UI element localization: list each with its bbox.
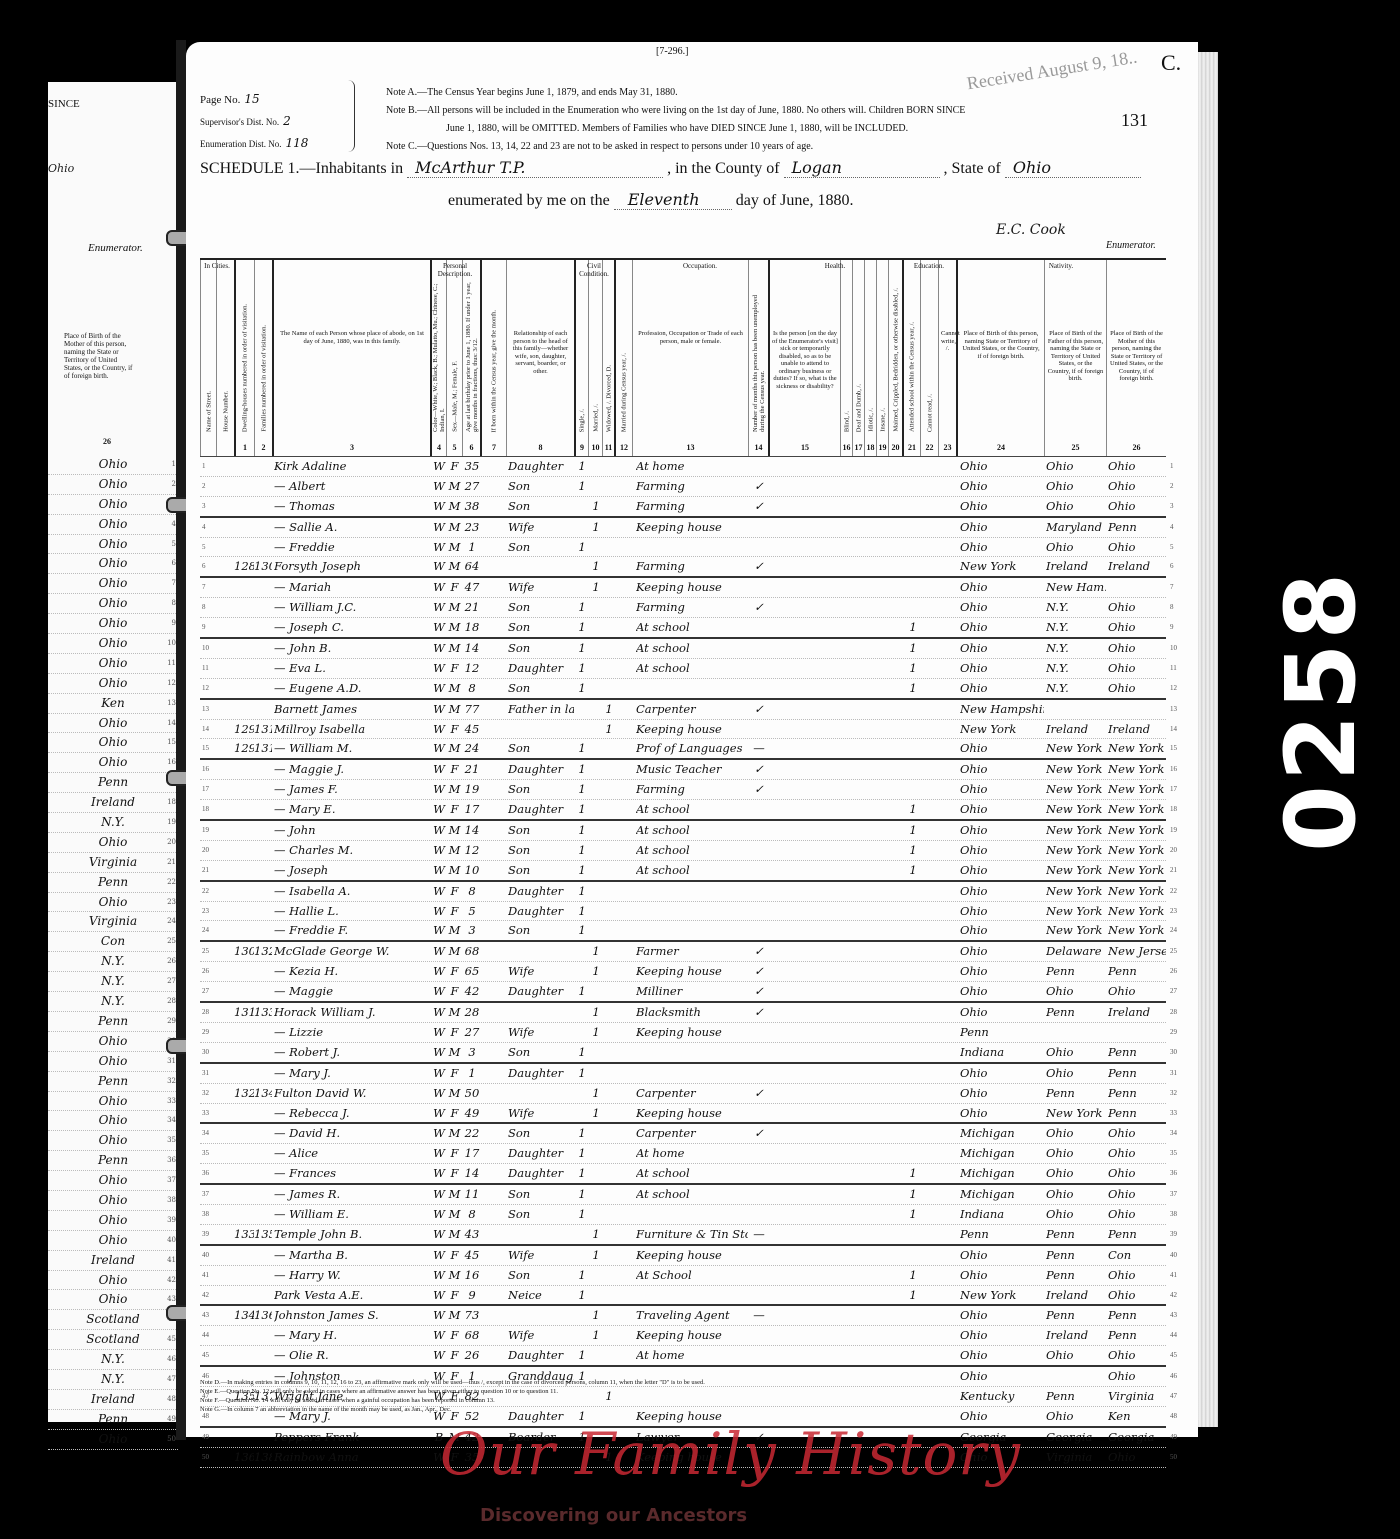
cell-birthplace: Ohio (960, 921, 1044, 940)
cell-father-birthplace: N.Y. (1046, 618, 1106, 637)
cell-sex: F (447, 720, 462, 739)
line-number-right: 38 (1170, 1205, 1177, 1224)
cell-relationship: Daughter (508, 1346, 574, 1365)
cell-married-mark (591, 739, 601, 758)
cell-mother-birthplace (1108, 1023, 1166, 1042)
left-page-mother-birthplace: N.Y. (101, 1352, 125, 1366)
cell-single-mark: 1 (577, 780, 587, 799)
left-page-mother-birthplace: Ohio (99, 477, 128, 491)
page-stack-edge (1198, 52, 1218, 1427)
line-number-right: 14 (1170, 720, 1177, 739)
cell-occupation: Prof of Languages (636, 739, 748, 758)
line-number-right: 22 (1170, 882, 1177, 901)
cell-father-birthplace: Ireland (1046, 557, 1106, 576)
enumeration-date-line: enumerated by me on the Eleventh day of … (448, 190, 853, 210)
column-header-11: Widowed, /. Divorced, D.11 (602, 260, 614, 456)
cell-birthplace: Penn (960, 1023, 1044, 1042)
cell-sex: M (447, 557, 462, 576)
cell-birthplace: Ohio (960, 1326, 1044, 1345)
cell-age: 14 (463, 639, 481, 658)
cell-family-number (254, 1164, 272, 1183)
cell-mother-birthplace (1108, 700, 1166, 719)
cell-mother-birthplace: Con (1108, 1246, 1166, 1265)
left-page-row: Ireland48 (48, 1390, 178, 1410)
cell-color: W (432, 1286, 446, 1305)
left-page-line-number: 22 (167, 873, 176, 892)
cell-person-name: — James R. (274, 1185, 430, 1204)
column-header-label: Sex—Male, M.; Female, F. (451, 361, 458, 432)
cell-occupation: At School (636, 1266, 748, 1285)
cell-mother-birthplace: New York (1108, 841, 1166, 860)
line-number: 17 (202, 780, 209, 799)
left-page-row: Ohio40 (48, 1231, 178, 1251)
cell-person-name: — Maggie J. (274, 760, 430, 779)
column-header-label: Widowed, /. Divorced, D. (605, 365, 612, 432)
cell-dwelling-number (234, 1144, 254, 1163)
cell-birthplace: New York (960, 1286, 1044, 1305)
table-row: 4444— Mary H.WF68Wife1Keeping houseOhioI… (200, 1326, 1166, 1346)
cell-family-number (254, 1144, 272, 1163)
cell-mother-birthplace: Ireland (1108, 720, 1166, 739)
cell-months-unemployed (750, 1043, 768, 1062)
left-page-row: Ohio1 (48, 455, 178, 475)
line-number: 34 (202, 1124, 209, 1143)
column-header-label: Profession, Occupation or Trade of each … (635, 330, 746, 345)
cell-person-name: — Harry W. (274, 1266, 430, 1285)
cell-attended-school-mark (906, 598, 920, 617)
cell-age: 9 (463, 1286, 481, 1305)
cell-months-unemployed (750, 578, 768, 597)
cell-person-name: — Alice (274, 1144, 430, 1163)
cell-relationship: Wife (508, 1023, 574, 1042)
cell-attended-school-mark (906, 1043, 920, 1062)
cell-mother-birthplace: Penn (1108, 1225, 1166, 1244)
left-page-row: Ireland18 (48, 793, 178, 813)
cell-family-number (254, 760, 272, 779)
cell-age: 28 (463, 1003, 481, 1022)
cell-married-mark (591, 1043, 601, 1062)
cell-father-birthplace: Virginia (1046, 1448, 1106, 1467)
cell-age: 14 (463, 1164, 481, 1183)
left-page-row: Ohio43 (48, 1290, 178, 1310)
table-row: 3232132134Fulton David W.WM501Carpenter✓… (200, 1084, 1166, 1104)
table-row: 3333— Rebecca J.WF49Wife1Keeping houseOh… (200, 1104, 1166, 1125)
cell-single-mark (577, 1326, 587, 1345)
cell-sex: M (447, 1205, 462, 1224)
cell-attended-school-mark (906, 1124, 920, 1143)
cell-widowed-mark (604, 841, 614, 860)
line-number: 27 (202, 982, 209, 1001)
table-row: 1010— John B.WM14Son1At school1OhioN.Y.O… (200, 639, 1166, 659)
cell-mother-birthplace: Ohio (1108, 1286, 1166, 1305)
left-page-row: Con25 (48, 932, 178, 952)
column-header-13: Profession, Occupation or Trade of each … (632, 260, 748, 456)
cell-person-name: Horack William J. (274, 1003, 430, 1022)
cell-widowed-mark (604, 1185, 614, 1204)
cell-months-unemployed (750, 1104, 768, 1123)
cell-person-name: — James F. (274, 780, 430, 799)
cell-family-number (254, 497, 272, 516)
cell-color: W (432, 477, 446, 496)
cell-color: W (432, 659, 446, 678)
cell-occupation (636, 1286, 748, 1305)
column-header-9: Single, /.9 (574, 260, 588, 456)
table-row: 33— ThomasWM38Son1Farming✓OhioOhioOhio (200, 497, 1166, 518)
left-page-mother-birthplace: Penn (98, 1014, 128, 1028)
left-page-row: N.Y.46 (48, 1350, 178, 1370)
cell-family-number: 132 (254, 942, 272, 961)
left-page-row: Ohio35 (48, 1131, 178, 1151)
cell-sex: M (447, 780, 462, 799)
cell-mother-birthplace: Ohio (1108, 457, 1166, 476)
left-page-line-number: 10 (167, 634, 176, 653)
left-page-row: Ohio4 (48, 515, 178, 535)
left-page-row: Ohio34 (48, 1111, 178, 1131)
left-header-fragment: SINCE (48, 98, 80, 110)
cell-attended-school-mark: 1 (906, 618, 920, 637)
cell-occupation (636, 679, 748, 698)
cell-age: 14 (463, 821, 481, 840)
column-number: 17 (853, 443, 864, 452)
cell-person-name: Millroy Isabella (274, 720, 430, 739)
line-number: 12 (202, 679, 209, 698)
cell-age: 21 (463, 598, 481, 617)
left-page-row: Ohio11 (48, 654, 178, 674)
line-number-right: 21 (1170, 861, 1177, 880)
cell-birthplace: Ohio (960, 760, 1044, 779)
cell-single-mark: 1 (577, 1286, 587, 1305)
table-row: 1313Barnett JamesWM77Father in law1Carpe… (200, 700, 1166, 720)
cell-person-name: — Olie R. (274, 1346, 430, 1365)
column-header-1: Dwelling-houses numbered in order of vis… (234, 260, 254, 456)
left-page-mother-birthplace: Ohio (99, 556, 128, 570)
left-page-row: N.Y.26 (48, 952, 178, 972)
cell-color: W (432, 1225, 446, 1244)
cell-dwelling-number (234, 760, 254, 779)
township-field: McArthur T.P. (407, 158, 663, 178)
cell-birthplace: Ohio (960, 1306, 1044, 1325)
cell-dwelling-number: 134 (234, 1306, 254, 1325)
cell-family-number (254, 902, 272, 921)
cell-person-name: — William M. (274, 739, 430, 758)
column-header-19: Insane, /.19 (876, 260, 888, 456)
cell-father-birthplace: N.Y. (1046, 659, 1106, 678)
line-number-right: 24 (1170, 921, 1177, 940)
cell-color: W (432, 1104, 446, 1123)
cell-birthplace: Ohio (960, 982, 1044, 1001)
column-number: 20 (889, 443, 902, 452)
cell-age: 35 (463, 457, 481, 476)
cell-sex: F (447, 800, 462, 819)
cell-sex: M (447, 921, 462, 940)
cell-occupation: Keeping house (636, 1326, 748, 1345)
cell-single-mark: 1 (577, 1164, 587, 1183)
cell-dwelling-number (234, 639, 254, 658)
cell-family-number (254, 1205, 272, 1224)
cell-months-unemployed (750, 1185, 768, 1204)
cell-attended-school-mark (906, 962, 920, 981)
page-number-field: Page No.15 (200, 92, 260, 106)
cell-sex: F (447, 1104, 462, 1123)
cell-married-mark (591, 700, 601, 719)
column-header-17: Deaf and Dumb, /.17 (852, 260, 864, 456)
line-number-right: 17 (1170, 780, 1177, 799)
line-number-right: 36 (1170, 1164, 1177, 1183)
line-number-right: 43 (1170, 1306, 1177, 1325)
note-c: Note C.—Questions Nos. 13, 14, 22 and 23… (386, 138, 1106, 156)
cell-widowed-mark (604, 598, 614, 617)
column-number: 21 (904, 443, 920, 452)
line-number: 9 (202, 618, 206, 637)
cell-occupation (636, 538, 748, 557)
cell-birthplace: Indiana (960, 1205, 1044, 1224)
column-number: 9 (576, 443, 588, 452)
cell-attended-school-mark (906, 1084, 920, 1103)
cell-mother-birthplace: Ohio (1108, 538, 1166, 557)
cell-widowed-mark (604, 618, 614, 637)
table-body: 11Kirk AdalineWF35Daughter1At homeOhioOh… (200, 457, 1166, 1468)
table-row: 99— Joseph C.WM18Son1At school1OhioN.Y.O… (200, 618, 1166, 639)
cell-relationship: Son (508, 618, 574, 637)
cell-occupation (636, 1205, 748, 1224)
left-page-line-number: 15 (167, 733, 176, 752)
column-header-label: Name of Street. (205, 391, 212, 432)
left-page-mother-birthplace: Ohio (99, 576, 128, 590)
cell-sex: F (447, 982, 462, 1001)
cell-father-birthplace: Ohio (1046, 1064, 1106, 1083)
cell-family-number: 133 (254, 1003, 272, 1022)
cell-married-mark: 1 (591, 1104, 601, 1123)
cell-father-birthplace: Ohio (1046, 1205, 1106, 1224)
cell-mother-birthplace: Ohio (1108, 1144, 1166, 1163)
line-number: 35 (202, 1144, 209, 1163)
table-row: 11Kirk AdalineWF35Daughter1At homeOhioOh… (200, 457, 1166, 477)
cell-mother-birthplace: New York (1108, 739, 1166, 758)
header-group-health: Health. (768, 262, 902, 270)
cell-occupation: At home (636, 1144, 748, 1163)
note-b-cont: June 1, 1880, will be OMITTED. Members o… (386, 120, 1106, 138)
cell-sex: F (447, 1064, 462, 1083)
cell-father-birthplace: Penn (1046, 1084, 1106, 1103)
cell-single-mark (577, 700, 587, 719)
note-g: Note G.—In column 7 an abbreviation in t… (200, 1405, 705, 1414)
line-number-right: 50 (1170, 1448, 1177, 1467)
cell-family-number (254, 1428, 272, 1447)
cell-age: 38 (463, 497, 481, 516)
cell-occupation: Farmer (636, 942, 748, 961)
cell-relationship: Wife (508, 962, 574, 981)
left-page-mother-birthplace: Ohio (99, 537, 128, 551)
left-page-mother-birthplace: Ohio (99, 596, 128, 610)
table-row: 2525130132McGlade George W.WM681Farmer✓O… (200, 942, 1166, 962)
cell-family-number (254, 618, 272, 637)
cell-widowed-mark (604, 739, 614, 758)
cell-birthplace: Ohio (960, 1246, 1044, 1265)
table-row: 3838— William E.WM8Son11IndianaOhioOhio (200, 1205, 1166, 1225)
cell-months-unemployed (750, 902, 768, 921)
cell-married-mark: 1 (591, 1023, 601, 1042)
cell-occupation (636, 902, 748, 921)
cell-married-mark: 1 (591, 1306, 601, 1325)
line-number: 36 (202, 1164, 209, 1183)
cell-single-mark (577, 1246, 587, 1265)
cell-color: W (432, 598, 446, 617)
cell-single-mark (577, 1003, 587, 1022)
cell-person-name: — Lizzie (274, 1023, 430, 1042)
cell-occupation: At school (636, 841, 748, 860)
cell-mother-birthplace: New York (1108, 780, 1166, 799)
cell-father-birthplace: New York (1046, 882, 1106, 901)
cell-father-birthplace: Penn (1046, 1003, 1106, 1022)
cell-months-unemployed (750, 457, 768, 476)
left-page-row: N.Y.28 (48, 992, 178, 1012)
left-page-row: Ohio7 (48, 574, 178, 594)
cell-birthplace: Kentucky (960, 1387, 1044, 1406)
cell-birthplace: Ohio (960, 1266, 1044, 1285)
cell-occupation: At school (636, 659, 748, 678)
cell-occupation: At school (636, 800, 748, 819)
cell-single-mark: 1 (577, 1043, 587, 1062)
cell-sex: F (447, 457, 462, 476)
cell-relationship: Neice (508, 1286, 574, 1305)
cell-widowed-mark (604, 1306, 614, 1325)
left-page-row: Ohio8 (48, 594, 178, 614)
cell-person-name: — Mary J. (274, 1064, 430, 1083)
cell-married-mark: 1 (591, 1246, 601, 1265)
cell-age: 27 (463, 1023, 481, 1042)
cell-family-number: 138 (254, 1448, 272, 1467)
census-page: [7-296.] C. Received August 9, 18.. 131 … (186, 42, 1198, 1437)
cell-age: 49 (463, 1104, 481, 1123)
cell-relationship: Son (508, 861, 574, 880)
cell-sex: M (447, 1084, 462, 1103)
left-page-line-number: 50 (167, 1430, 176, 1449)
cell-sex: M (447, 639, 462, 658)
cell-months-unemployed (750, 538, 768, 557)
cell-birthplace: Ohio (960, 800, 1044, 819)
line-number-right: 45 (1170, 1346, 1177, 1365)
cell-person-name: — Mary H. (274, 1326, 430, 1345)
cell-birthplace: New York (960, 720, 1044, 739)
cell-dwelling-number: 133 (234, 1225, 254, 1244)
table-row: 3535— AliceWF17Daughter1At homeMichiganO… (200, 1144, 1166, 1164)
cell-months-unemployed (750, 1023, 768, 1042)
column-header-label: Idiotic, /. (867, 408, 874, 432)
cell-family-number (254, 1124, 272, 1143)
cell-dwelling-number: 130 (234, 942, 254, 961)
cell-attended-school-mark (906, 457, 920, 476)
cell-relationship: Son (508, 841, 574, 860)
cell-married-mark (591, 1286, 601, 1305)
left-page-mother-birthplace: Scotland (86, 1332, 139, 1346)
table-row: 1414129131Millroy IsabellaWF451Keeping h… (200, 720, 1166, 740)
cell-widowed-mark (604, 982, 614, 1001)
cell-attended-school-mark (906, 1306, 920, 1325)
column-header-6: Age at last birthday prior to June 1, 18… (462, 260, 480, 456)
cell-color: W (432, 942, 446, 961)
table-row: 44— Sallie A.WM23Wife1Keeping houseOhioM… (200, 518, 1166, 538)
cell-single-mark (577, 962, 587, 981)
watermark-subtitle: Discovering our Ancestors (480, 1505, 747, 1526)
cell-attended-school-mark (906, 1144, 920, 1163)
cell-sex: F (447, 1246, 462, 1265)
cell-person-name: — John (274, 821, 430, 840)
enumeration-district-value: 118 (286, 136, 309, 150)
cell-age: 1 (463, 538, 481, 557)
column-number: 6 (463, 443, 480, 452)
form-code: [7-296.] (656, 46, 689, 57)
cell-color: W (432, 902, 446, 921)
cell-family-number (254, 982, 272, 1001)
cell-color: W (432, 921, 446, 940)
cell-father-birthplace: Penn (1046, 962, 1106, 981)
line-number-right: 15 (1170, 739, 1177, 758)
corner-letter: C. (1161, 50, 1181, 76)
left-page-line-number: 34 (167, 1111, 176, 1130)
cell-widowed-mark (604, 1144, 614, 1163)
cell-months-unemployed: ✓ (750, 982, 768, 1001)
table-row: 4040— Martha B.WF45Wife1Keeping houseOhi… (200, 1246, 1166, 1266)
cell-months-unemployed (750, 1387, 768, 1406)
cell-relationship: Son (508, 598, 574, 617)
cell-family-number (254, 921, 272, 940)
cell-mother-birthplace: Ohio (1108, 679, 1166, 698)
table-row: 1111— Eva L.WF12Daughter1At school1OhioN… (200, 659, 1166, 679)
column-header-label: Married during Census year, /. (621, 353, 628, 432)
left-page-row: Ohio10 (48, 634, 178, 654)
line-number: 40 (202, 1246, 209, 1265)
cell-mother-birthplace: Ken (1108, 1407, 1166, 1426)
cell-father-birthplace: Ohio (1046, 477, 1106, 496)
cell-married-mark (591, 1266, 601, 1285)
cell-attended-school-mark: 1 (906, 639, 920, 658)
county-field: Logan (784, 158, 940, 178)
cell-widowed-mark (604, 477, 614, 496)
column-header-18: Idiotic, /.18 (864, 260, 876, 456)
cell-mother-birthplace: Georgia (1108, 1428, 1166, 1447)
cell-person-name: — Joseph C. (274, 618, 430, 637)
cell-color: W (432, 1124, 446, 1143)
cell-mother-birthplace: Ohio (1108, 1448, 1166, 1467)
column-header-label: If born within the Census year, give the… (491, 310, 498, 433)
cell-relationship (508, 1225, 574, 1244)
cell-widowed-mark (604, 1205, 614, 1224)
cell-person-name: Peppers Frank (274, 1428, 430, 1447)
cell-months-unemployed: ✓ (750, 942, 768, 961)
column-header-label: Cannot write, /. (941, 330, 954, 353)
cell-relationship: Son (508, 497, 574, 516)
column-header-label: Color—White, W.; Black, B.; Mulatto, Mu.… (432, 282, 446, 432)
cell-months-unemployed (750, 1205, 768, 1224)
cell-single-mark: 1 (577, 921, 587, 940)
cell-married-mark (591, 1144, 601, 1163)
cell-age: 10 (463, 861, 481, 880)
column-header-2: Families numbered in order of visitation… (254, 260, 272, 456)
cell-father-birthplace: Ohio (1046, 1043, 1106, 1062)
line-number: 14 (202, 720, 209, 739)
cell-relationship: Son (508, 1205, 574, 1224)
cell-occupation: At school (636, 821, 748, 840)
cell-months-unemployed: ✓ (750, 497, 768, 516)
cell-birthplace: Ohio (960, 882, 1044, 901)
cell-age: 77 (463, 700, 481, 719)
column-header-4: Color—White, W.; Black, B.; Mulatto, Mu.… (430, 260, 446, 456)
cell-color: W (432, 497, 446, 516)
cell-mother-birthplace: Penn (1108, 1104, 1166, 1123)
cell-dwelling-number: 136 (234, 1448, 254, 1467)
cell-mother-birthplace: Ohio (1108, 1205, 1166, 1224)
cell-dwelling-number: 128 (234, 557, 254, 576)
